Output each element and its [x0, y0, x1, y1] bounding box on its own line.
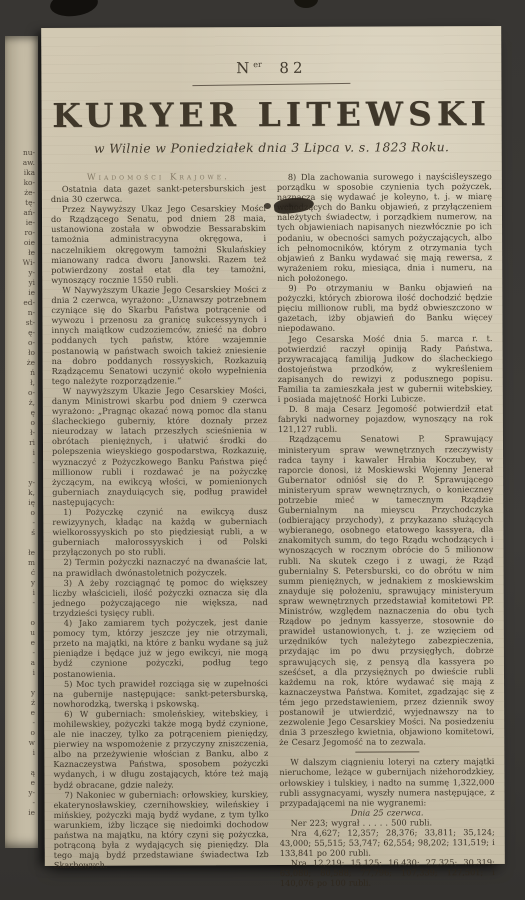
- cut-off-text-fragment: ie: [5, 808, 38, 818]
- left-column-text: Ostatnia data gazet sankt-petersburskich…: [51, 183, 269, 870]
- cut-off-text-fragment: ę: [5, 408, 38, 418]
- paragraph: W dalszym ciągnieniu loteryi na cztery m…: [279, 756, 494, 807]
- cut-off-text-fragment: ie-: [5, 218, 38, 228]
- paragraph: Nra 12,219; 15,125; 16,430; 27,325; 30,3…: [280, 857, 495, 888]
- paragraph: Ostatnia data gazet sankt-petersburskich…: [51, 183, 266, 204]
- cut-off-text-fragment: i: [5, 588, 38, 598]
- cut-off-text-fragment: ł,: [5, 378, 38, 388]
- paragraph: Rządzącemu Senatowi P. Sprawujący minist…: [278, 433, 494, 747]
- paragraph: 4) Jako zamiarem tych pożyczek, jest dan…: [53, 617, 268, 679]
- masthead-title: KURYER LITEWSKI: [41, 94, 501, 135]
- cut-off-text-fragment: -: [5, 648, 38, 658]
- cut-off-text-fragment: yi: [5, 278, 38, 288]
- cut-off-text-fragment: że-: [5, 188, 38, 198]
- cut-off-text-fragment: -: [5, 598, 38, 608]
- issue-number: Ner 82: [41, 26, 501, 78]
- cut-off-text-fragment: ś: [5, 528, 38, 538]
- cut-off-text-fragment: o: [5, 418, 38, 428]
- paragraph: 6) W guberniach: smoleńskiey, witebskiey…: [53, 708, 268, 790]
- cut-off-text-fragment: k,: [5, 488, 38, 498]
- paragraph: W Naywyższym Ukazie Jego Cesarskiey Mośc…: [51, 284, 266, 386]
- cut-off-text-fragment: oie: [5, 238, 38, 248]
- cut-off-text-fragment: ć: [5, 568, 38, 578]
- cut-off-text-fragment: y: [5, 688, 38, 698]
- paragraph: Przez Naywyższy Ukaz Jego Cesarskiey Moś…: [51, 203, 266, 285]
- cut-off-text-fragment: e: [5, 708, 38, 718]
- cut-off-text-fragment: ń: [5, 368, 38, 378]
- cut-off-text-fragment: ż,: [5, 398, 38, 408]
- paragraph: 3) A żeby rozciągnąć tę pomoc do większe…: [53, 577, 268, 618]
- cut-off-text-fragment: i: [5, 668, 38, 678]
- right-column: 8) Dla zachowania surowego i nayściśleys…: [277, 171, 495, 888]
- cut-off-text-fragment: n-: [5, 308, 38, 318]
- paragraph: 5) Moc tych prawideł rozciąga się w zupe…: [53, 678, 268, 709]
- cut-off-text-fragment: ł-: [5, 428, 38, 438]
- cut-off-text-fragment: y-: [5, 478, 38, 488]
- section-heading: Wiadomości Krajowe.: [51, 172, 266, 183]
- paragraph: 9) Po otrzymaniu w Banku objawień na poż…: [277, 282, 492, 333]
- cut-off-text-fragment: łe: [5, 548, 38, 558]
- cut-off-text-fragment: że: [5, 358, 38, 368]
- paragraph: 2) Termin pożyczki naznaczyć na dwanaści…: [52, 556, 267, 577]
- book-scan: nu-aw.ikako-że-tę-ań-ie-ro-oiełeWi-y-yii…: [0, 0, 525, 900]
- cut-off-text-fragment: -: [5, 458, 38, 468]
- paragraph: 8) Dla zachowania surowego i nayściśleys…: [277, 171, 492, 283]
- ink-speck: [264, 203, 271, 209]
- right-column-text: 8) Dla zachowania surowego i nayściśleys…: [277, 171, 495, 888]
- cut-off-text-fragment: ro-: [5, 228, 38, 238]
- paragraph: W naywyższym Ukazie Jego Cesarskiey Mośc…: [52, 385, 268, 507]
- cut-off-text-fragment: [5, 678, 38, 688]
- cut-off-text-fragment: e: [5, 778, 38, 788]
- cut-off-text-fragment: nu-: [5, 148, 38, 158]
- cut-off-text-fragment: [5, 468, 38, 478]
- cut-off-text-fragment: łe: [5, 248, 38, 258]
- cut-off-text-fragment: [5, 818, 38, 828]
- cut-off-text-fragment: ło: [5, 348, 38, 358]
- cut-off-text-fragment: [5, 758, 38, 768]
- cut-off-text-fragment: o: [5, 508, 38, 518]
- binding-mark: [49, 0, 100, 19]
- cut-off-text-fragment: e: [5, 638, 38, 648]
- cut-off-text-fragment: ę-: [5, 328, 38, 338]
- cut-off-text-fragment: o: [5, 728, 38, 738]
- cut-off-text-fragment: -: [5, 798, 38, 808]
- issue-digits: 82: [279, 59, 306, 77]
- cut-off-text-fragment: st-: [5, 318, 38, 328]
- cut-off-text-fragment: [5, 538, 38, 548]
- cut-off-text-fragment: [5, 608, 38, 618]
- cut-off-text-fragment: ed-: [5, 298, 38, 308]
- binding-mark: [294, 0, 318, 8]
- dateline: w Wilnie w Poniedziałek dnia 3 Lipca v. …: [42, 140, 502, 156]
- issue-superscript: er: [253, 60, 262, 69]
- left-column: Wiadomości Krajowe. Ostatnia data gazet …: [51, 172, 269, 889]
- cut-off-text-fragment: o-: [5, 338, 38, 348]
- paragraph: 7) Nakoniec w guberniach: orłowskiey, ku…: [53, 789, 268, 871]
- cut-off-text-fragment: ie: [5, 288, 38, 298]
- paragraph: Jego Cesarska Mość dnia 5. marca r. t. p…: [278, 333, 493, 405]
- adjacent-page-text: nu-aw.ikako-że-tę-ań-ie-ro-oiełeWi-y-yii…: [5, 148, 38, 828]
- cut-off-text-fragment: -: [5, 718, 38, 728]
- paragraph: Nra 4,627; 12,357; 28,376; 33,811; 35,12…: [280, 827, 495, 858]
- cut-off-text-fragment: -: [5, 518, 38, 528]
- cut-off-text-fragment: ika: [5, 168, 38, 178]
- cut-off-text-fragment: ż: [5, 698, 38, 708]
- cut-off-text-fragment: o: [5, 618, 38, 628]
- adjacent-page-edge: nu-aw.ikako-że-tę-ań-ie-ro-oiełeWi-y-yii…: [5, 36, 38, 848]
- cut-off-text-fragment: ię: [5, 498, 38, 508]
- text-columns: Wiadomości Krajowe. Ostatnia data gazet …: [42, 171, 505, 890]
- cut-off-text-fragment: a: [5, 658, 38, 668]
- cut-off-text-fragment: i: [5, 448, 38, 458]
- cut-off-text-fragment: o-: [5, 388, 38, 398]
- cut-off-text-fragment: Wi-: [5, 258, 38, 268]
- issue-prefix: N: [236, 59, 253, 77]
- cut-off-text-fragment: y-: [5, 268, 38, 278]
- paragraph: D. 8 maja Cesarz Jegomość potwierdził et…: [278, 403, 493, 434]
- cut-off-text-fragment: aw.: [5, 158, 38, 168]
- cut-off-text-fragment: ri: [5, 438, 38, 448]
- cut-off-text-fragment: ko-: [5, 178, 38, 188]
- cut-off-text-fragment: ań-: [5, 208, 38, 218]
- text-divider-rule: [355, 752, 419, 753]
- cut-off-text-fragment: y-: [5, 788, 38, 798]
- cut-off-text-fragment: tę-: [5, 198, 38, 208]
- cut-off-text-fragment: m: [5, 558, 38, 568]
- issue-rule: [192, 83, 350, 86]
- newspaper-page: Ner 82 KURYER LITEWSKI w Wilnie w Ponied…: [41, 26, 505, 866]
- cut-off-text-fragment: w: [5, 738, 38, 748]
- cut-off-text-fragment: y: [5, 578, 38, 588]
- cut-off-text-fragment: i: [5, 748, 38, 758]
- cut-off-text-fragment: ą: [5, 768, 38, 778]
- paragraph: 1) Pożyczkę czynić na ewikcyą dusz rewiz…: [52, 506, 267, 557]
- cut-off-text-fragment: u: [5, 628, 38, 638]
